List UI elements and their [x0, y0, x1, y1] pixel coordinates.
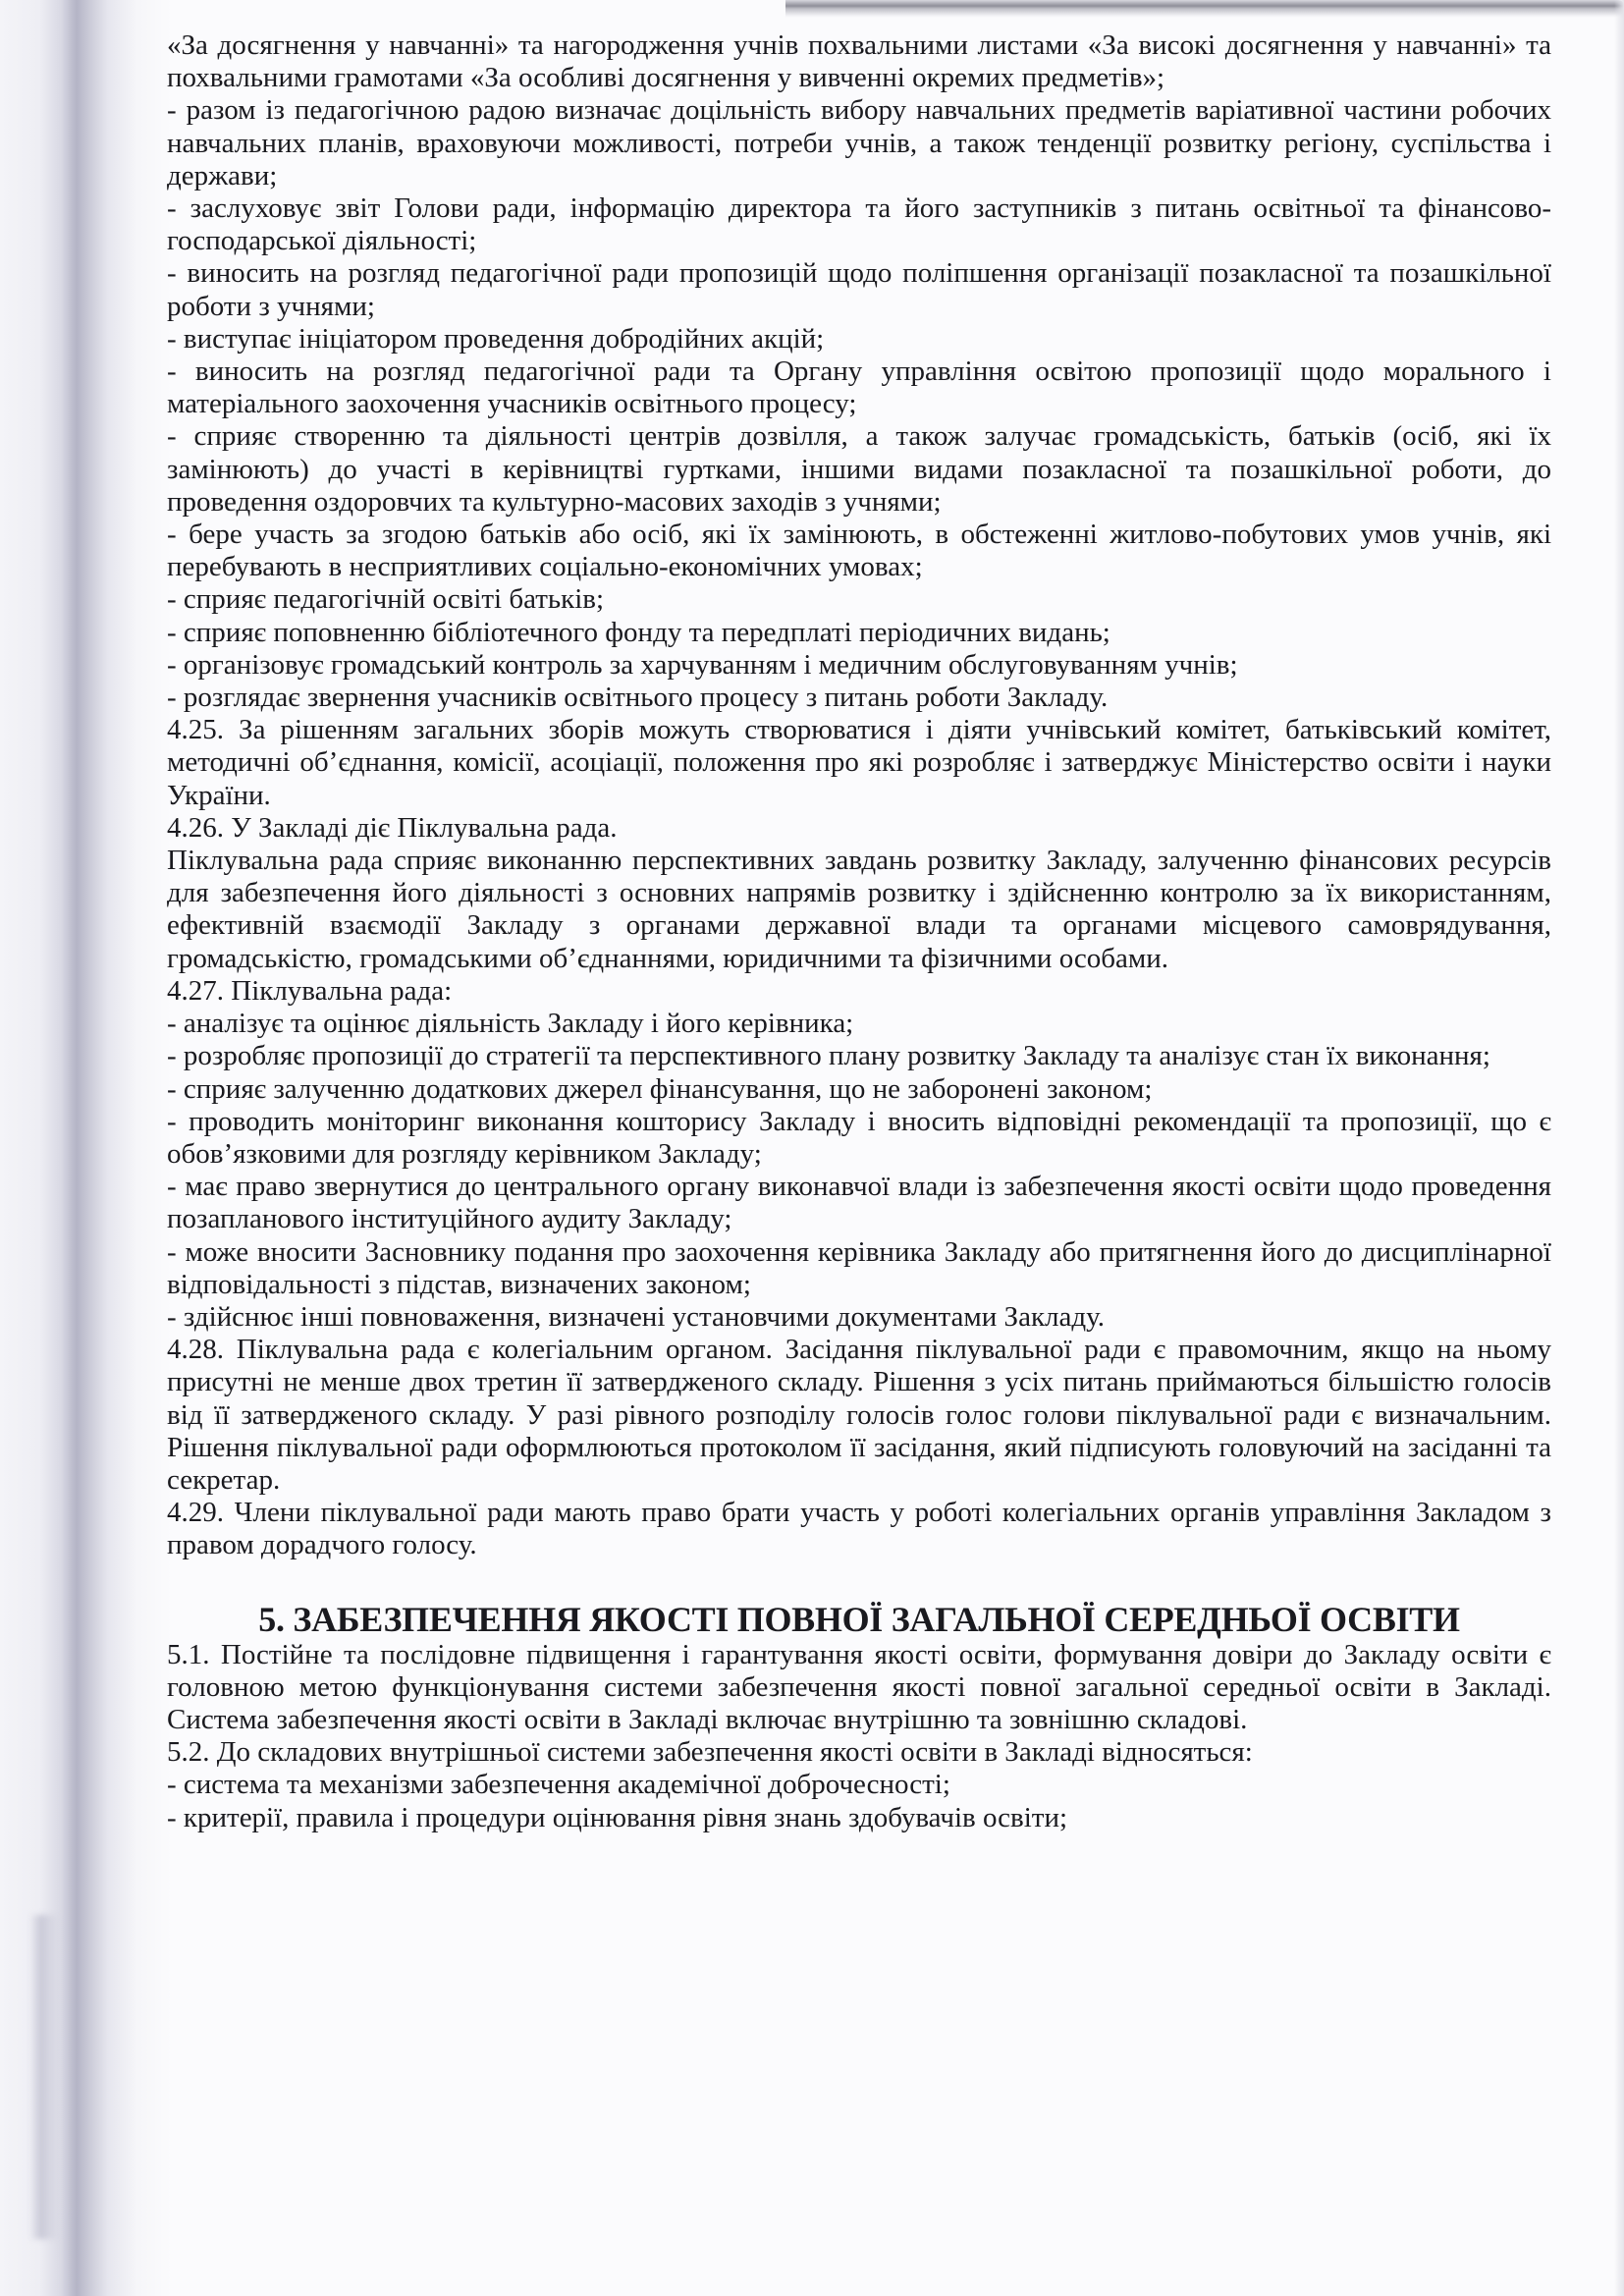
list-item: - виступає ініціатором проведення доброд… — [167, 323, 1551, 355]
list-item: - заслуховує звіт Голови ради, інформаці… — [167, 192, 1551, 257]
list-item: - організовує громадський контроль за ха… — [167, 649, 1551, 682]
list-item: - аналізує та оцінює діяльність Закладу … — [167, 1008, 1551, 1040]
list-item: - проводить моніторинг виконання коштори… — [167, 1106, 1551, 1171]
page-fold-shadow-lower — [29, 1915, 59, 2239]
clause-4-26-body: Піклувальна рада сприяє виконанню перспе… — [167, 845, 1551, 975]
document-page: «За досягнення у навчанні» та нагороджен… — [167, 29, 1551, 1834]
list-item: - виносить на розгляд педагогічної ради … — [167, 355, 1551, 420]
list-item: - разом із педагогічною радою визначає д… — [167, 94, 1551, 192]
list-item: - сприяє залученню додаткових джерел фін… — [167, 1073, 1551, 1106]
intro-paragraph: «За досягнення у навчанні» та нагороджен… — [167, 29, 1551, 94]
list-item: - сприяє педагогічній освіті батьків; — [167, 583, 1551, 616]
clause-4-27: 4.27. Піклувальна рада: — [167, 975, 1551, 1008]
clause-5-1: 5.1. Постійне та послідовне підвищення і… — [167, 1639, 1551, 1737]
list-item: - виносить на розгляд педагогічної ради … — [167, 257, 1551, 322]
scan-top-edge — [785, 0, 1624, 18]
clause-4-25: 4.25. За рішенням загальних зборів можут… — [167, 714, 1551, 812]
list-item: - бере участь за згодою батьків або осіб… — [167, 519, 1551, 583]
clause-5-2: 5.2. До складових внутрішньої системи за… — [167, 1736, 1551, 1769]
page-fold-shadow — [0, 0, 172, 2296]
clause-4-26: 4.26. У Закладі діє Піклувальна рада. — [167, 812, 1551, 845]
list-item: - може вносити Засновнику подання про за… — [167, 1236, 1551, 1301]
list-item: - здійснює інші повноваження, визначені … — [167, 1301, 1551, 1334]
list-item: - система та механізми забезпечення акад… — [167, 1769, 1551, 1801]
list-item: - критерії, правила і процедури оцінюван… — [167, 1802, 1551, 1834]
list-item: - має право звернутися до центрального о… — [167, 1171, 1551, 1235]
list-item: - сприяє створенню та діяльності центрів… — [167, 420, 1551, 519]
list-item: - розглядає звернення учасників освітньо… — [167, 682, 1551, 714]
clause-4-29: 4.29. Члени піклувальної ради мають прав… — [167, 1497, 1551, 1561]
section-5-heading: 5. ЗАБЕЗПЕЧЕННЯ ЯКОСТІ ПОВНОЇ ЗАГАЛЬНОЇ … — [167, 1600, 1551, 1639]
list-item: - розробляє пропозиції до стратегії та п… — [167, 1040, 1551, 1072]
list-item: - сприяє поповненню бібліотечного фонду … — [167, 617, 1551, 649]
clause-4-28: 4.28. Піклувальна рада є колегіальним ор… — [167, 1334, 1551, 1497]
scan-right-edge — [1614, 0, 1624, 2296]
